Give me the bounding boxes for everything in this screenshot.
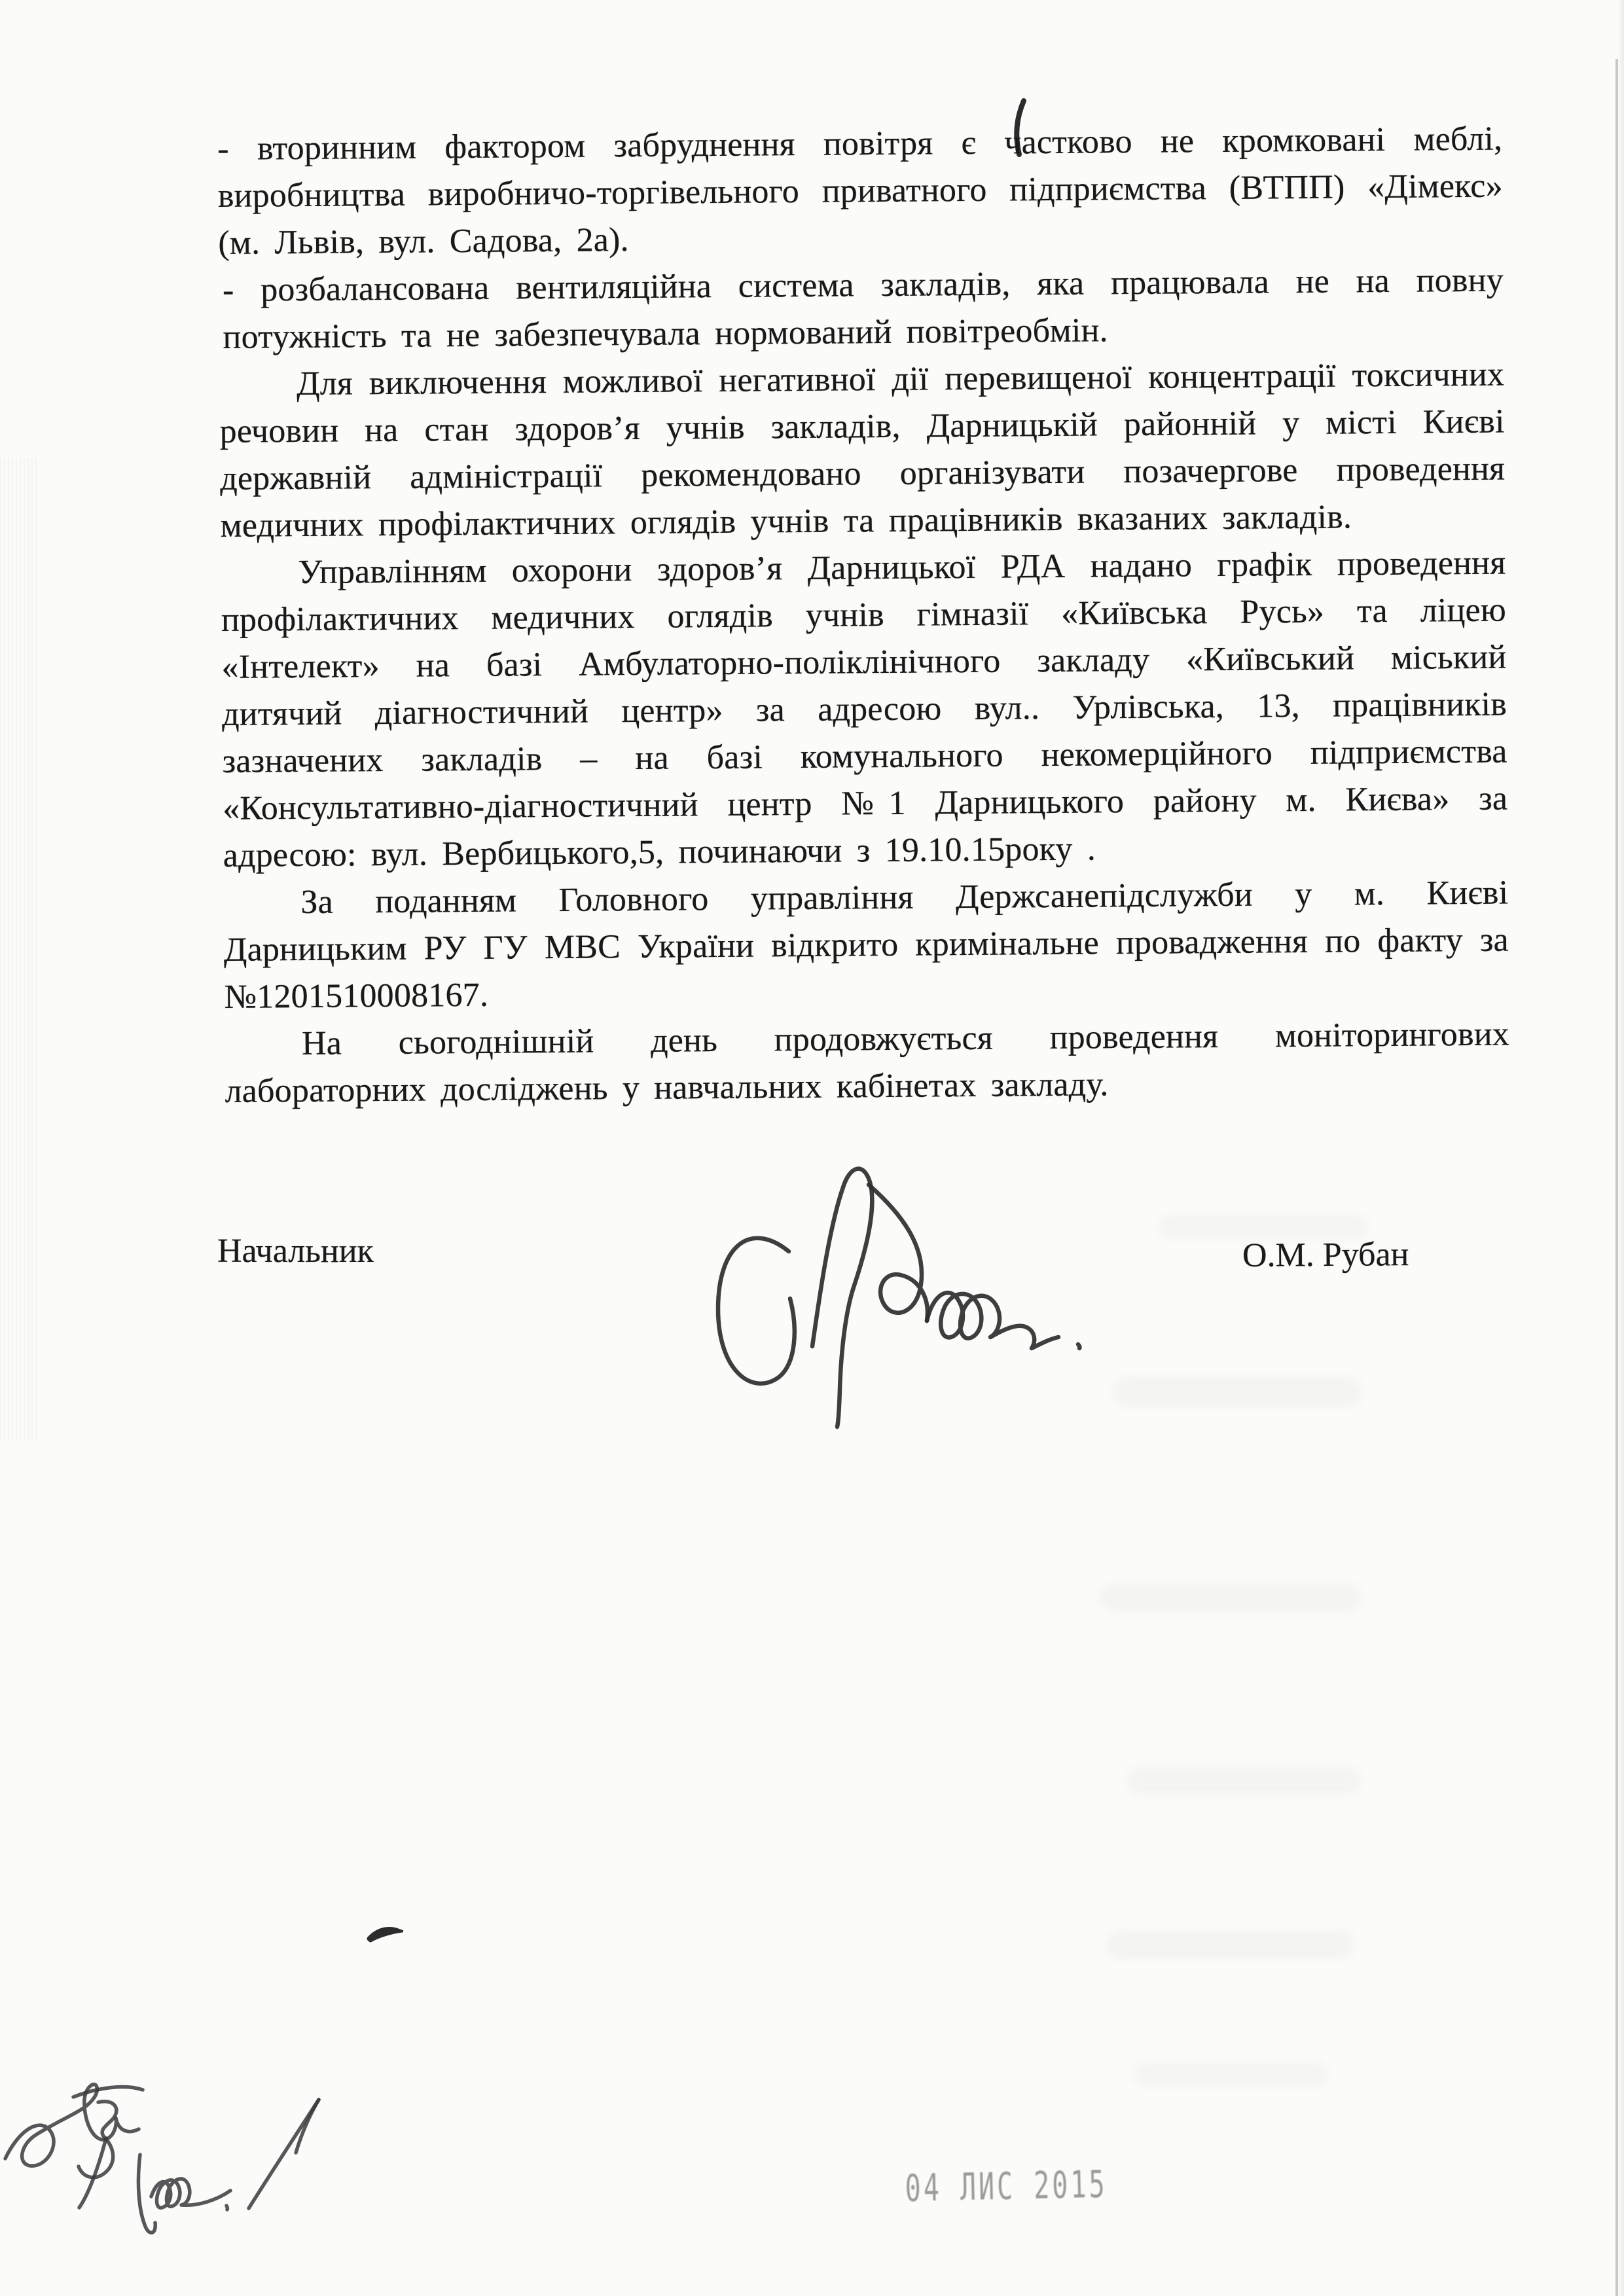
signatory-title: Начальник: [217, 1232, 374, 1270]
paragraph-recommendation: Для виключення можливої негативної дії п…: [219, 351, 1506, 550]
bleed-through-ghost: [1106, 1931, 1355, 1958]
pen-tick-mark: [367, 1924, 403, 1945]
signatory-name: О.М. Рубан: [1242, 1235, 1409, 1275]
bleed-through-ghost: [1126, 1767, 1362, 1795]
handwritten-scribbles: [0, 2055, 589, 2278]
bleed-through-ghost: [1159, 1214, 1368, 1239]
paragraph-secondary-factor: - вторинним фактором забруднення повітря…: [217, 116, 1504, 267]
date-stamp: 04 ЛИС 2015: [905, 2164, 1108, 2211]
scanned-page: - вторинним фактором забруднення повітря…: [0, 0, 1624, 2296]
signature-ruban: [691, 1153, 1136, 1441]
paragraph-criminal-case: За поданням Головного управління Держсан…: [223, 870, 1509, 1021]
paragraph-ventilation: - розбалансована вентиляційна система за…: [219, 257, 1504, 361]
paragraph-monitoring: На сьогоднішній день продовжується прове…: [225, 1011, 1510, 1115]
bleed-through-ghost: [1113, 1378, 1362, 1407]
bleed-through-ghost: [1132, 2062, 1329, 2087]
letter-body: - вторинним фактором забруднення повітря…: [217, 116, 1510, 1115]
paragraph-medical-schedule: Управлінням охорони здоров’я Дарницької …: [221, 540, 1508, 880]
scan-right-edge-shade: [1617, 0, 1624, 2296]
bleed-through-ghost: [1100, 1584, 1362, 1611]
scan-left-edge-artifact: [0, 458, 38, 1440]
